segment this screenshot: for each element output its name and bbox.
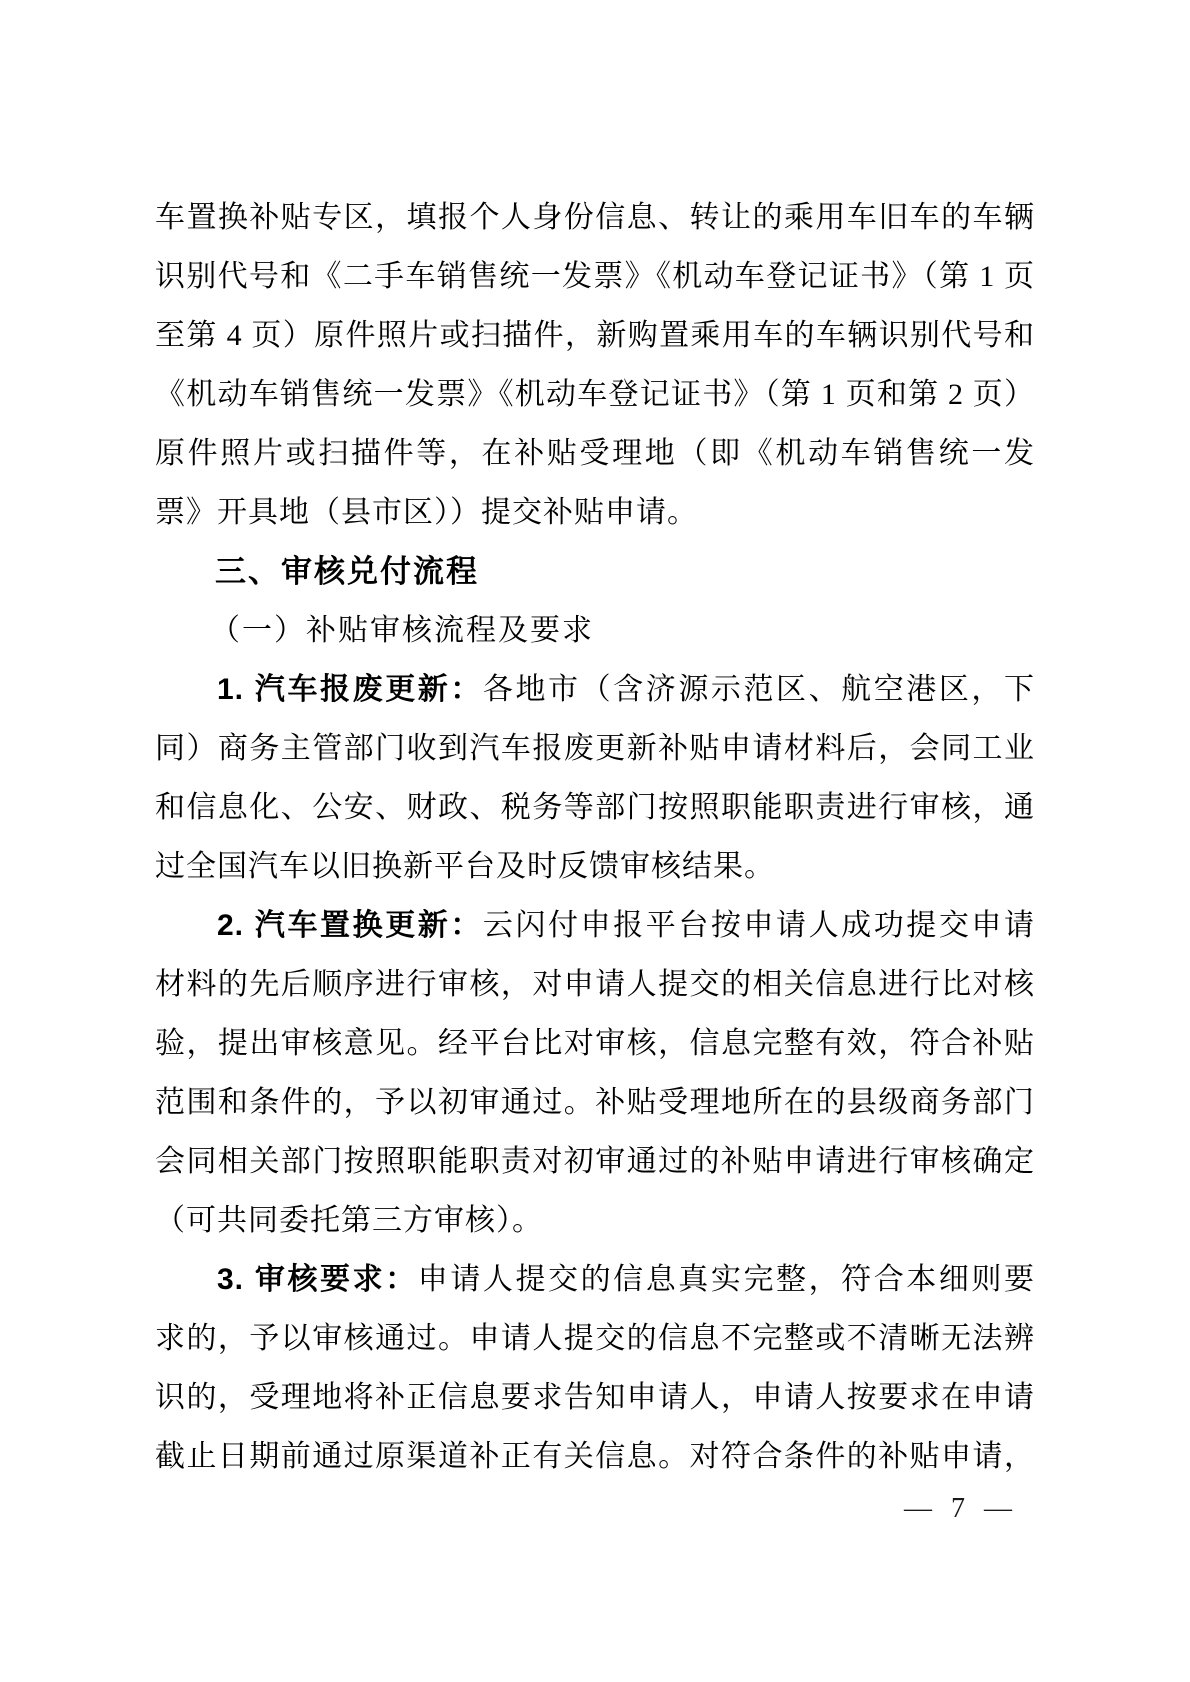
body-text: 车置换补贴专区，填报个人身份信息、转让的乘用车旧车的车辆	[155, 201, 1035, 234]
bold-lead-text: 1. 汽车报废更新：	[217, 673, 483, 706]
body-text: 和信息化、公安、财政、税务等部门按照职能职责进行审核，通	[155, 791, 1035, 824]
body-text: 同）商务主管部门收到汽车报废更新补贴申请材料后，会同工业	[155, 732, 1035, 765]
bold-lead-text: 2. 汽车置换更新：	[217, 909, 483, 942]
text-line: 2. 汽车置换更新：云闪付申报平台按申请人成功提交申请	[155, 896, 1035, 955]
body-text: 识别代号和《二手车销售统一发票》《机动车登记证书》（第 1 页	[155, 260, 1035, 293]
document-body: 车置换补贴专区，填报个人身份信息、转让的乘用车旧车的车辆识别代号和《二手车销售统…	[155, 188, 1035, 1486]
bold-lead-text: 三、审核兑付流程	[215, 554, 479, 589]
text-line: 《机动车销售统一发票》《机动车登记证书》（第 1 页和第 2 页）	[155, 365, 1035, 424]
body-text: 会同相关部门按照职能职责对初审通过的补贴申请进行审核确定	[155, 1145, 1035, 1178]
body-text: 识的，受理地将补正信息要求告知申请人，申请人按要求在申请	[155, 1381, 1035, 1414]
body-text: 原件照片或扫描件等，在补贴受理地（即《机动车销售统一发	[155, 437, 1035, 470]
text-line: 1. 汽车报废更新：各地市（含济源示范区、航空港区，下	[155, 660, 1035, 719]
h1-heading-line: 三、审核兑付流程	[155, 542, 1035, 601]
body-text: 截止日期前通过原渠道补正有关信息。对符合条件的补贴申请，	[155, 1440, 1035, 1473]
text-line: 3. 审核要求：申请人提交的信息真实完整，符合本细则要	[155, 1250, 1035, 1309]
body-text: 《机动车销售统一发票》《机动车登记证书》（第 1 页和第 2 页）	[155, 378, 1035, 411]
body-text: （一）补贴审核流程及要求	[210, 614, 594, 647]
text-line: 材料的先后顺序进行审核，对申请人提交的相关信息进行比对核	[155, 955, 1035, 1014]
body-text: 至第 4 页）原件照片或扫描件，新购置乘用车的车辆识别代号和	[155, 319, 1035, 352]
text-line: 求的，予以审核通过。申请人提交的信息不完整或不清晰无法辨	[155, 1309, 1035, 1368]
text-line: 会同相关部门按照职能职责对初审通过的补贴申请进行审核确定	[155, 1132, 1035, 1191]
body-text: 申请人提交的信息真实完整，符合本细则要	[418, 1263, 1035, 1296]
body-text: 各地市（含济源示范区、航空港区，下	[483, 673, 1035, 706]
text-line: 票》开具地（县市区））提交补贴申请。	[155, 483, 1035, 542]
page-number: — 7 —	[904, 1492, 1012, 1526]
text-line: 和信息化、公安、财政、税务等部门按照职能职责进行审核，通	[155, 778, 1035, 837]
body-text: 材料的先后顺序进行审核，对申请人提交的相关信息进行比对核	[155, 968, 1035, 1001]
body-text: 验，提出审核意见。经平台比对审核，信息完整有效，符合补贴	[155, 1027, 1035, 1060]
body-text: （可共同委托第三方审核）。	[155, 1204, 543, 1237]
document-page: 车置换补贴专区，填报个人身份信息、转让的乘用车旧车的车辆识别代号和《二手车销售统…	[0, 0, 1190, 1682]
text-line: 识的，受理地将补正信息要求告知申请人，申请人按要求在申请	[155, 1368, 1035, 1427]
text-line: （可共同委托第三方审核）。	[155, 1191, 1035, 1250]
body-text: 云闪付申报平台按申请人成功提交申请	[483, 909, 1035, 942]
text-line: 范围和条件的，予以初审通过。补贴受理地所在的县级商务部门	[155, 1073, 1035, 1132]
text-line: 验，提出审核意见。经平台比对审核，信息完整有效，符合补贴	[155, 1014, 1035, 1073]
body-text: 过全国汽车以旧换新平台及时反馈审核结果。	[155, 850, 775, 883]
text-line: 截止日期前通过原渠道补正有关信息。对符合条件的补贴申请，	[155, 1427, 1035, 1486]
body-text: 范围和条件的，予以初审通过。补贴受理地所在的县级商务部门	[155, 1086, 1035, 1119]
h2-heading-line: （一）补贴审核流程及要求	[155, 601, 1035, 660]
text-line: 过全国汽车以旧换新平台及时反馈审核结果。	[155, 837, 1035, 896]
text-line: 识别代号和《二手车销售统一发票》《机动车登记证书》（第 1 页	[155, 247, 1035, 306]
text-line: 同）商务主管部门收到汽车报废更新补贴申请材料后，会同工业	[155, 719, 1035, 778]
text-line: 原件照片或扫描件等，在补贴受理地（即《机动车销售统一发	[155, 424, 1035, 483]
bold-lead-text: 3. 审核要求：	[217, 1263, 418, 1296]
body-text: 求的，予以审核通过。申请人提交的信息不完整或不清晰无法辨	[155, 1322, 1035, 1355]
text-line: 至第 4 页）原件照片或扫描件，新购置乘用车的车辆识别代号和	[155, 306, 1035, 365]
body-text: 票》开具地（县市区））提交补贴申请。	[155, 496, 698, 529]
text-line: 车置换补贴专区，填报个人身份信息、转让的乘用车旧车的车辆	[155, 188, 1035, 247]
